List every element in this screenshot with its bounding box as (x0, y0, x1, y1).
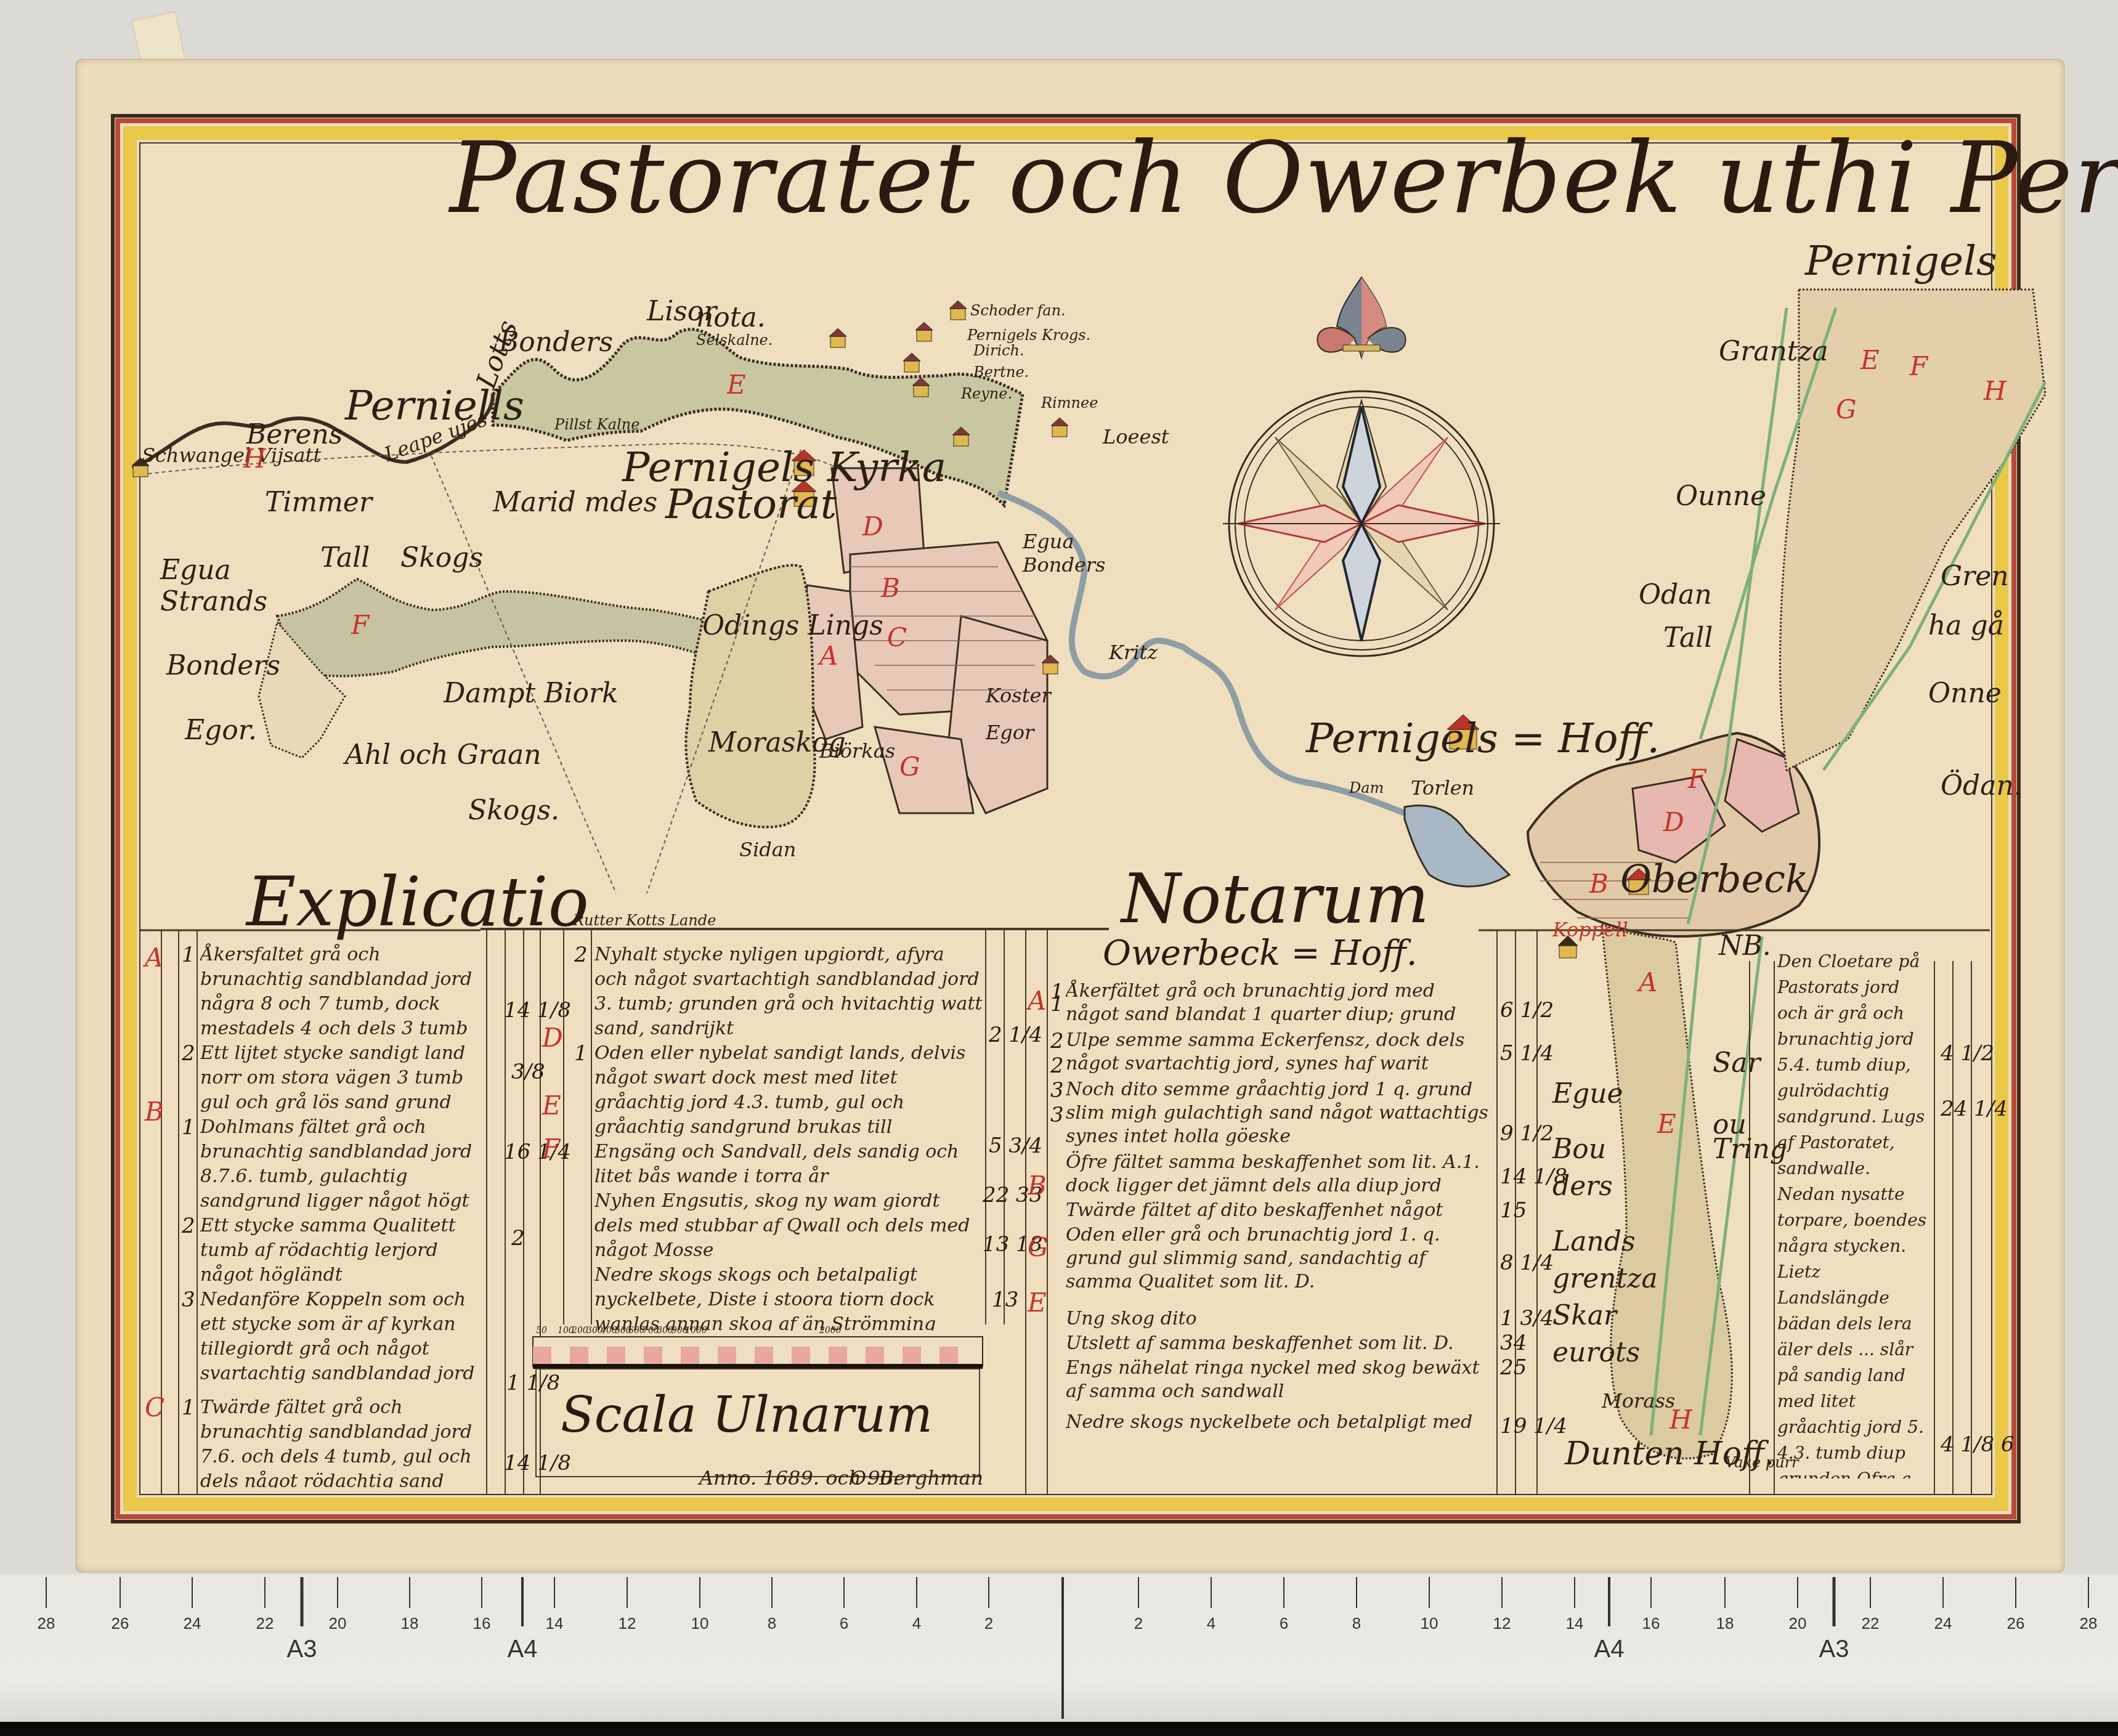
ruler-tick-left-24: 24 (184, 1614, 201, 1633)
ruler-tick-right-28: 28 (2080, 1614, 2098, 1633)
ruler-tick-left-2: 2 (984, 1614, 993, 1633)
ruler-tick-right-22: 22 (1862, 1614, 1880, 1633)
ruler-tick-left-16: 16 (473, 1614, 491, 1633)
ruler-tick-left-4: 4 (912, 1614, 921, 1633)
ruler-tick-right-8: 8 (1352, 1614, 1361, 1633)
ruler-tick-left-14: 14 (546, 1614, 564, 1633)
ruler-paper-a4-left: A4 (508, 1636, 538, 1663)
ruler-ticks (0, 0, 2118, 1736)
ruler-tick-left-8: 8 (768, 1614, 776, 1633)
ruler-tick-right-24: 24 (1934, 1614, 1952, 1633)
ruler-tick-left-10: 10 (691, 1614, 709, 1633)
ruler-tick-left-22: 22 (256, 1614, 274, 1633)
ruler-tick-right-20: 20 (1789, 1614, 1807, 1633)
ruler-tick-left-26: 26 (112, 1614, 129, 1633)
ruler-tick-right-4: 4 (1207, 1614, 1215, 1633)
ruler-tick-right-10: 10 (1421, 1614, 1438, 1633)
ruler-tick-right-26: 26 (2007, 1614, 2025, 1633)
ruler-tick-right-6: 6 (1280, 1614, 1288, 1633)
ruler-tick-right-14: 14 (1566, 1614, 1584, 1633)
ruler-tick-right-18: 18 (1716, 1614, 1734, 1633)
ruler-tick-right-12: 12 (1493, 1614, 1511, 1633)
ruler-tick-right-16: 16 (1642, 1614, 1660, 1633)
ruler-tick-right-2: 2 (1134, 1614, 1143, 1633)
ruler-paper-a3-right: A3 (1819, 1636, 1849, 1663)
ruler-tick-left-20: 20 (329, 1614, 347, 1633)
ruler-paper-a4-right: A4 (1594, 1636, 1625, 1663)
ruler-tick-left-12: 12 (619, 1614, 636, 1633)
ruler-paper-a3-left: A3 (287, 1636, 317, 1663)
ruler-tick-left-18: 18 (401, 1614, 419, 1633)
ruler-tick-left-6: 6 (840, 1614, 848, 1633)
ruler-tick-left-28: 28 (38, 1614, 55, 1633)
